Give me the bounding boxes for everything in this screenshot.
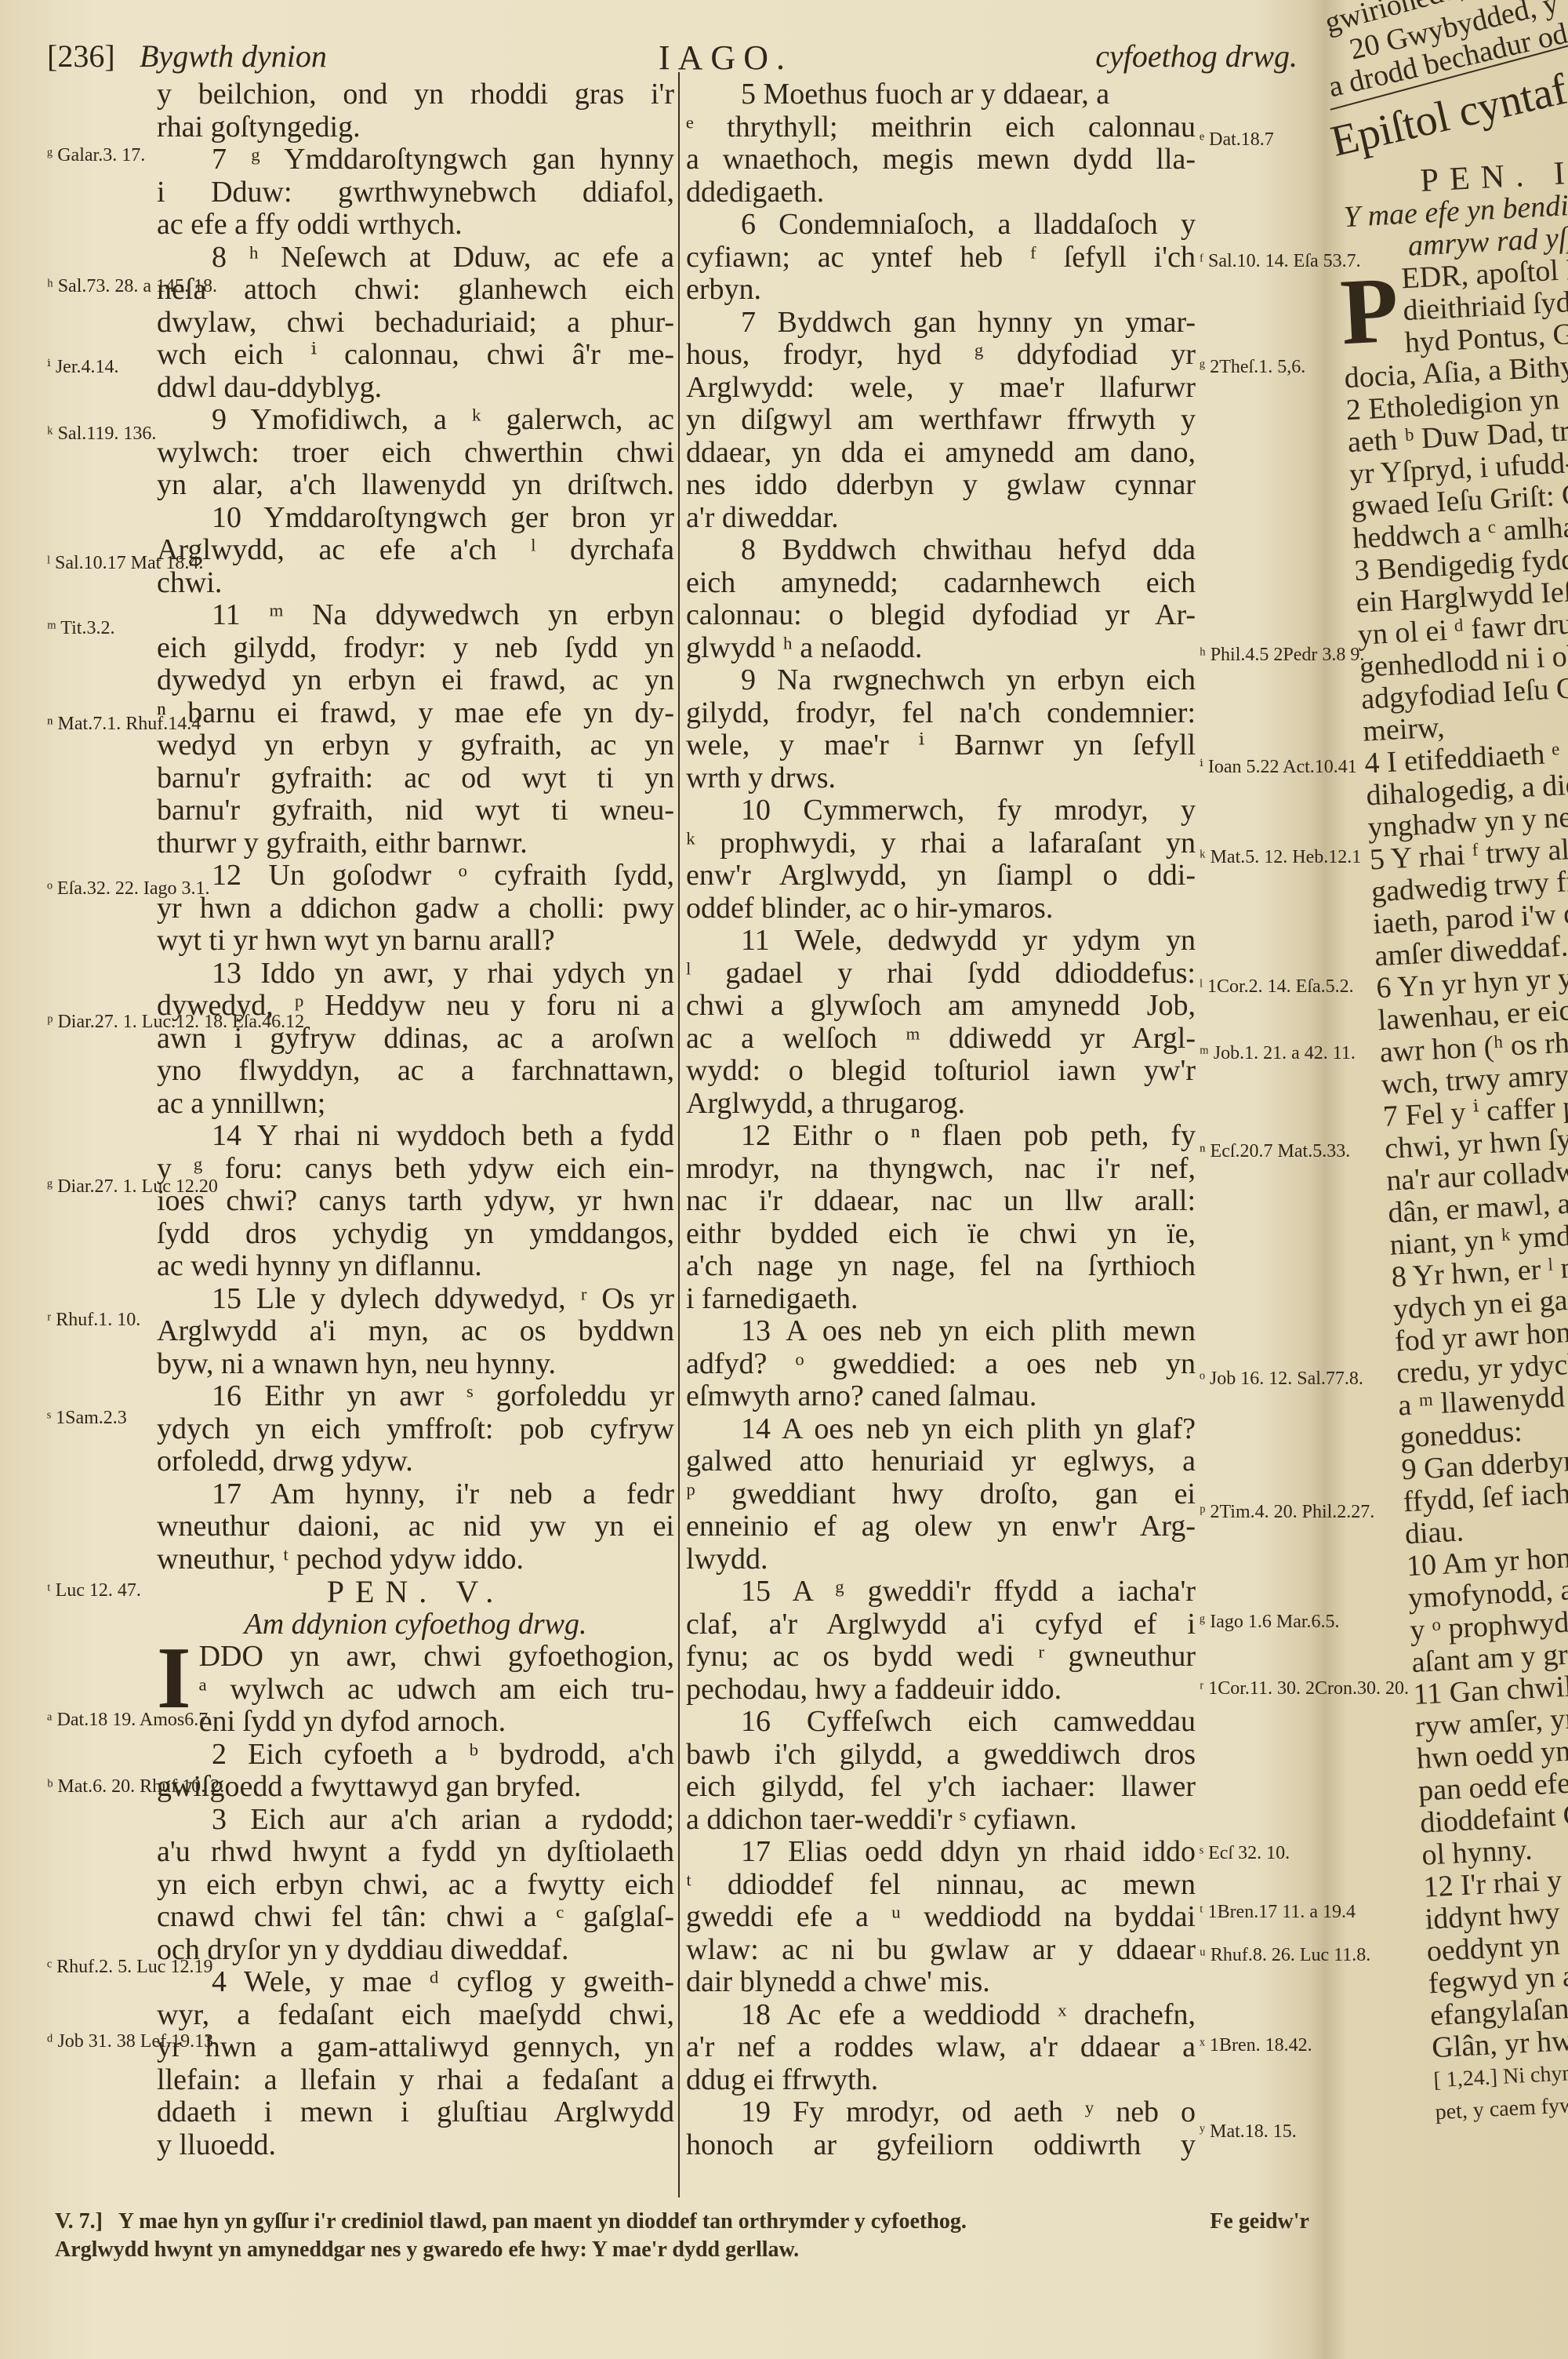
verse-line: lwydd. [686,1543,1196,1576]
margin-ref: ʰ Sal.73. 28. a 145. 18. [47,276,153,296]
margin-ref: ᵍ Iago 1.6 Mar.6.5. [1200,1612,1309,1632]
verse-line: a'r nef a roddes wlaw, a'r ddaear a [686,2031,1196,2064]
margin-ref: ˢ 1Sam.2.3 [47,1408,153,1428]
verse-line: 10 Ymddaroſtyngwch ger bron yr [157,502,674,535]
verse-line: wylwch: troer eich chwerthin chwi [157,437,674,470]
verse-line: neſa attoch chwi: glanhewch eich [157,274,674,307]
verse-line: 9 Na rwgnechwch yn erbyn eich [686,664,1196,697]
verse-line: ſydd dros ychydig yn ymddangos, [157,1218,674,1251]
verse-line: ᵏ prophwydi, y rhai a lafaraſant yn [686,827,1196,860]
verse-line: 15 A ᵍ gweddi'r ffydd a iacha'r [686,1576,1196,1608]
margin-ref: ᵘ Rhuf.8. 26. Luc 11.8. [1200,1945,1309,1965]
margin-ref: ᵖ 2Tim.4. 20. Phil.2.27. [1200,1502,1309,1522]
margin-ref: ᵇ Mat.6. 20. Rhuf.10. 2. [47,1776,153,1797]
chapter-1-opening: P EDR, apoſtol Ieſu dieithriaid ſydd a h… [1338,253,1568,363]
verse-line: ac wedi hynny yn diflannu. [157,1250,674,1283]
verse-line: cnawd chwi fel tân: chwi a ᶜ gaſglaſ- [157,1901,674,1934]
verse-line: galwed atto henuriaid yr eglwys, a [686,1445,1196,1478]
verse-line: eithr bydded eich ïe chwi yn ïe, [686,1218,1196,1251]
margin-ref: ˡ 1Cor.2. 14. Eſa.5.2. [1200,976,1309,997]
margin-ref: ˢ Ecſ 32. 10. [1200,1843,1309,1863]
margin-ref: ʰ Phil.4.5 2Pedr 3.8 9. [1200,645,1309,665]
verse-line: wlaw: ac ni bu gwlaw ar y ddaear [686,1934,1196,1967]
verse-line: 16 Cyffeſwch eich camweddau [686,1706,1196,1739]
verse-line: wedyd yn erbyn y gyfraith, ac yn [157,729,674,762]
drop-cap: I [157,1644,191,1713]
adjacent-page: gwirionedd, a 20 Gwybydded, y a drodd be… [1322,0,1568,2359]
verse-line: 14 Y rhai ni wyddoch beth a fydd [157,1120,674,1153]
chapter-5-opening: I DDO yn awr, chwi gyfoethogion, ᵃ wylwc… [157,1641,674,1706]
margin-ref: ᵍ 2Theſ.1. 5,6. [1200,357,1309,377]
verse-line: adfyd? ᵒ gweddied: a oes neb yn [686,1348,1196,1381]
verse-line: yn diſgwyl am werthfawr ffrwyth y [686,404,1196,437]
verse-line: a'ch nage yn nage, fel na ſyrthioch [686,1250,1196,1283]
margin-ref: ᵍ Diar.27. 1. Luc 12.20 [47,1176,153,1197]
verse-line: honoch ar gyfeiliorn oddiwrth y [686,2129,1196,2162]
margin-ref: ᵃ Dat.18 19. Amos6.7. [47,1710,153,1730]
margin-ref: ʸ Mat.18. 15. [1200,2121,1309,2142]
verse-line: glwydd ʰ a neſaodd. [686,632,1196,665]
verse-line: yno flwyddyn, ac a farchnattawn, [157,1055,674,1088]
verse-line: a'r diweddar. [686,502,1196,535]
verse-line: nac i'r ddaear, nac un llw arall: [686,1185,1196,1218]
page-number: [236] [47,38,115,75]
verse-line: dywedyd, ᵖ Heddyw neu y foru ni a [157,990,674,1023]
margin-ref: ᵗ 1Bren.17 11. a 19.4 [1200,1902,1309,1922]
verse-line: wele, y mae'r ⁱ Barnwr yn ſefyll [686,729,1196,762]
verse-line: byw, ni a wnawn hyn, neu hynny. [157,1348,674,1381]
verse-line: claf, a'r Arglwydd a'i cyfyd ef i [686,1608,1196,1641]
verse-line: wneuthur, ᵗ pechod ydyw iddo. [157,1543,674,1576]
verse-line: 12 Un goſodwr ᵒ cyfraith ſydd, [157,860,674,892]
left-text-column: y beilchion, ond yn rhoddi gras i'r rhai… [157,78,674,2161]
running-title-left: Bygwth dynion [140,38,327,75]
verse-line: yr hwn a gam-attaliwyd gennych, yn [157,2031,674,2064]
verse-line: 7 ᵍ Ymddaroſtyngwch gan hynny [157,144,674,176]
verse-line: ddaeth i mewn i gluſtiau Arglwydd [157,2096,674,2129]
margin-ref: ᵍ Galar.3. 17. [47,145,153,165]
verse-line: hous, frodyr, hyd ᵍ ddyfodiad yr [686,339,1196,372]
verse-line: ac a welſoch ᵐ ddiwedd yr Argl- [686,1023,1196,1056]
verse-line: yn alar, a'ch llawenydd yn driſtwch. [157,469,674,502]
catchword: Fe geidw'r [1210,2208,1309,2236]
margin-ref: ᵉ Dat.18.7 [1200,129,1309,150]
verse-line: ᵉ thrythyll; meithrin eich calonnau [686,111,1196,144]
margin-ref: ᵖ Diar.27. 1. Luc.12. 18. Eſa.46.12 [47,1012,153,1032]
margin-ref: ⁿ Ecſ.20.7 Mat.5.33. [1200,1141,1309,1161]
verse-line: 7 Byddwch gan hynny yn ymar- [686,307,1196,340]
verse-line: gilydd, frodyr, fel na'ch condemnier: [686,697,1196,730]
verse-line: orfoledd, drwg ydyw. [157,1445,674,1478]
margin-ref: ᵏ Sal.119. 136. [47,423,153,444]
margin-ref: ᶜ Rhuf.2. 5. Luc 12.19 [47,1957,153,1977]
margin-ref: ᵏ Mat.5. 12. Heb.12.1 [1200,847,1309,867]
verse-line: 15 Lle y dylech ddywedyd, ʳ Os yr [157,1283,674,1316]
verse-line: yr hwn a ddichon gadw a cholli: pwy [157,892,674,925]
verse-line: eich gilydd, fel y'ch iachaer: llawer [686,1771,1196,1804]
footnote-reference: V. 7.] [55,2209,103,2234]
verse-line: 8 Byddwch chwithau hefyd dda [686,534,1196,567]
verse-line: barnu'r gyfraith: ac od wyt ti yn [157,762,674,795]
verse-line: i Dduw: gwrthwynebwch ddiafol, [157,176,674,209]
verse-line: thurwr y gyfraith, eithr barnwr. [157,827,674,860]
chapter-heading: PEN. V. [157,1576,674,1608]
footnote-text-line2: Arglwydd hwynt yn amyneddgar nes y gware… [55,2236,1309,2264]
verse-line: 19 Fy mrodyr, od aeth ʸ neb o [686,2096,1196,2129]
column-divider [678,72,680,2197]
verse-line: 10 Cymmerwch, fy mrodyr, y [686,794,1196,827]
verse-line: eni ſydd yn dyfod arnoch. [157,1706,674,1739]
verse-line: ˡ gadael y rhai ſydd ddioddefus: [686,958,1196,990]
verse-line: eich gilydd, frodyr: y neb ſydd yn [157,632,674,665]
chapter-summary: Am ddynion cyfoethog drwg. [157,1608,674,1641]
verse-line: 17 Am hynny, i'r neb a fedr [157,1478,674,1511]
verse-line: 6 Condemniaſoch, a lladdaſoch y [686,209,1196,242]
verse-line: awn i gyfryw ddinas, ac a aroſwn [157,1023,674,1056]
verse-line: gweddi efe a ᵘ weddiodd na byddai [686,1901,1196,1934]
verse-line: ac efe a ffy oddi wrthych. [157,209,674,242]
verse-line: 9 Ymofidiwch, a ᵏ galerwch, ac [157,404,674,437]
verse-line: Arglwydd a'i myn, ac os byddwn [157,1315,674,1348]
drop-cap: P [1338,267,1400,356]
verse-line: rhai goſtyngedig. [157,111,674,144]
verse-line: ydych yn eich ymffroſt: pob cyfryw [157,1413,674,1446]
verse-line: Arglwydd: wele, y mae'r llafurwr [686,372,1196,405]
verse-line: a'u rhwd hwynt a fydd yn dyſtiolaeth [157,1836,674,1869]
verse-line: 5 Moethus fuoch ar y ddaear, a [686,78,1196,111]
verse-line: och dryſor yn y dyddiau diweddaf. [157,1934,674,1967]
verse-line: Arglwydd, ac efe a'ch ˡ dyrchafa [157,534,674,567]
verse-line: 16 Eithr yn awr ˢ gorfoleddu yr [157,1380,674,1413]
verse-line: nes iddo dderbyn y gwlaw cynnar [686,469,1196,502]
verse-line: eſmwyth arno? caned ſalmau. [686,1380,1196,1413]
verse-line: ᵖ gweddiant hwy droſto, gan ei [686,1478,1196,1511]
verse-line: 4 Wele, y mae ᵈ cyflog y gweith- [157,1966,674,1999]
verse-line: wch eich ⁱ calonnau, chwi â'r me- [157,339,674,372]
verse-line: calonnau: o blegid dyfodiad yr Ar- [686,599,1196,632]
verse-line: wydd: o blegid toſturiol iawn yw'r [686,1055,1196,1088]
verse-line: Arglwydd, a thrugarog. [686,1088,1196,1121]
margin-ref: ᵈ Job 31. 38 Lef.19.13 [47,2031,153,2052]
verse-line: 2 Eich cyfoeth a ᵇ bydrodd, a'ch [157,1739,674,1772]
verse-line: wneuthur daioni, ac nid yw yn ei [157,1510,674,1543]
margin-ref: ⁱ Jer.4.14. [47,357,153,377]
verse-line: i farnedigaeth. [686,1283,1196,1316]
verse-line: mrodyr, na thyngwch, nac i'r nef, [686,1153,1196,1186]
verse-line: 14 A oes neb yn eich plith yn glaf? [686,1413,1196,1446]
verse-line: ddwl dau-ddyblyg. [157,372,674,405]
margin-ref: ʳ Rhuf.1. 10. [47,1310,153,1330]
middle-text-column: 5 Moethus fuoch ar y ddaear, a ᵉ thrythy… [686,78,1196,2161]
margin-ref: ᵒ Eſa.32. 22. Iago 3.1. [47,878,153,899]
verse-line: 11 ᵐ Na ddywedwch yn erbyn [157,599,674,632]
verse-line: dair blynedd a chwe' mis. [686,1966,1196,1999]
verse-line: 18 Ac efe a weddiodd ˣ drachefn, [686,1999,1196,2032]
verse-line: 8 ʰ Neſewch at Dduw, ac efe a [157,242,674,274]
verse-line: ⁿ barnu ei frawd, y mae efe yn dy- [157,697,674,730]
verse-line: ddaear, yn dda ei amynedd am dano, [686,437,1196,470]
verse-line: wyr, a fedaſant eich maeſydd chwi, [157,1999,674,2032]
verse-line: a wnaethoch, megis mewn dydd lla- [686,144,1196,176]
verse-line: enneinio ef ag olew yn enw'r Arg- [686,1510,1196,1543]
verse-line: ddug ei ffrwyth. [686,2064,1196,2097]
verse-line: ac a ynnillwn; [157,1088,674,1121]
margin-ref: ᵐ Tit.3.2. [47,618,153,638]
margin-ref: ʳ 1Cor.11. 30. 2Cron.30. 20. [1200,1678,1309,1699]
verse-line: yn eich erbyn chwi, ac a fwytty eich [157,1869,674,1902]
verse-line: ᵃ wylwch ac udwch am eich tru- [157,1674,674,1707]
verse-line: ᵗ ddioddef fel ninnau, ac mewn [686,1869,1196,1902]
verse-line: wrth y drws. [686,762,1196,795]
verse-line: y ᵍ foru: canys beth ydyw eich ein- [157,1153,674,1186]
verse-line: bawb i'ch gilydd, a gweddiwch dros [686,1739,1196,1772]
margin-ref: ᵐ Job.1. 21. a 42. 11. [1200,1043,1309,1063]
verse-line: DDO yn awr, chwi gyfoethogion, [157,1641,674,1674]
margin-ref: ⁱ Ioan 5.22 Act.10.41 [1200,757,1309,777]
margin-ref: ˣ 1Bren. 18.42. [1200,2035,1309,2055]
verse-line: oddef blinder, ac o hir-ymaros. [686,892,1196,925]
footnote: V. 7.] Y mae hyn yn gyſſur i'r crediniol… [55,2208,1309,2264]
verse-line: llefain: a llefain y rhai a fedaſant a [157,2064,674,2097]
verse-line: 13 A oes neb yn eich plith mewn [686,1315,1196,1348]
verse-line: 13 Iddo yn awr, y rhai ydych yn [157,958,674,990]
verse-line: gwiſgoedd a fwyttawyd gan bryfed. [157,1771,674,1804]
adjacent-page-content: gwirionedd, a 20 Gwybydded, y a drodd be… [1325,0,1568,2128]
verse-line: ddedigaeth. [686,176,1196,209]
verse-line: pechodau, hwy a faddeuir iddo. [686,1674,1196,1707]
verse-line: erbyn. [686,274,1196,307]
running-title-right: cyfoethog drwg. [1095,38,1298,75]
verse-line: chwi. [157,567,674,600]
verse-line: enw'r Arglwydd, yn ſiampl o ddi- [686,860,1196,892]
verse-line: dywedyd yn erbyn ei frawd, ac yn [157,664,674,697]
footnote-text-line1: Y mae hyn yn gyſſur i'r crediniol tlawd,… [118,2209,967,2234]
verse-line: a ddichon taer-weddi'r ˢ cyfiawn. [686,1804,1196,1837]
verse-line: eich amynedd; cadarnhewch eich [686,567,1196,600]
verse-line: fynu; ac os bydd wedi ʳ gwneuthur [686,1641,1196,1674]
verse-line: 3 Eich aur a'ch arian a rydodd; [157,1804,674,1837]
margin-ref: ᵗ Luc 12. 47. [47,1580,153,1601]
verse-line: wyt ti yr hwn wyt yn barnu arall? [157,925,674,958]
verse-line: 11 Wele, dedwydd yr ydym yn [686,925,1196,958]
verse-line: cyfiawn; ac yntef heb ᶠ ſefyll i'ch [686,242,1196,274]
margin-ref: ˡ Sal.10.17 Mat 18.4. [47,553,153,573]
verse-line: ioes chwi? canys tarth ydyw, yr hwn [157,1185,674,1218]
verse-line: 12 Eithr o ⁿ flaen pob peth, fy [686,1120,1196,1153]
verse-line: y lluoedd. [157,2129,674,2162]
verse-line: 17 Elias oedd ddyn yn rhaid iddo [686,1836,1196,1869]
verse-line: barnu'r gyfraith, nid wyt ti wneu- [157,794,674,827]
margin-ref: ᵒ Job 16. 12. Sal.77.8. [1200,1369,1309,1389]
margin-ref: ᶠ Sal.10. 14. Eſa 53.7. [1200,251,1309,271]
verse-line: y beilchion, ond yn rhoddi gras i'r [157,78,674,111]
verse-line: chwi a glywſoch am amynedd Job, [686,990,1196,1023]
margin-ref: ⁿ Mat.7.1. Rhuf.14.4 [47,714,153,734]
bible-page: [236] Bygwth dynion IAGO. cyfoethog drwg… [0,0,1317,2359]
verse-line: dwylaw, chwi bechaduriaid; a phur- [157,307,674,340]
